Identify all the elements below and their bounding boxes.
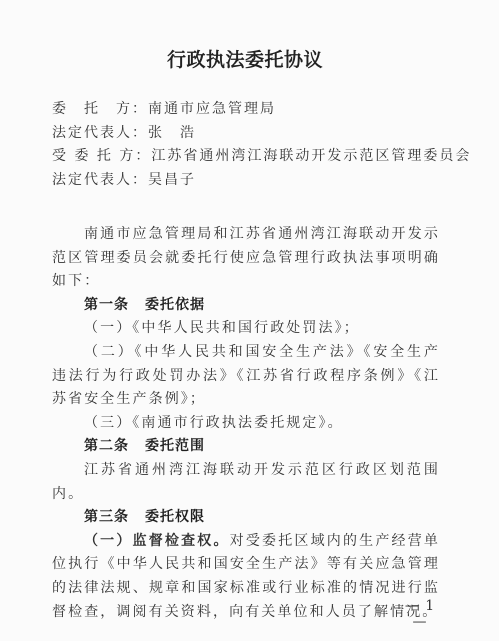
party-label: 法定代表人： — [52, 169, 148, 193]
item-lead: （一）监督检查权。 — [84, 533, 230, 549]
party-label: 委 托 方： — [52, 98, 148, 122]
party-value: 江苏省通州湾江海联动开发示范区管理委员会 — [151, 148, 471, 164]
party-label: 受 委 托 方： — [52, 145, 151, 169]
party-value: 吴昌子 — [148, 172, 196, 188]
article-3-heading: 第三条委托权限 — [52, 506, 440, 530]
document-title: 行政执法委托协议 — [0, 45, 490, 72]
article-number: 第三条 — [84, 509, 129, 525]
intro-paragraph: 南通市应急管理局和江苏省通州湾江海联动开发示范区管理委员会就委托行使应急管理行政… — [52, 223, 440, 294]
party-row-legal-representative: 法定代表人：张 浩 — [52, 122, 452, 146]
article-2-item-1: 江苏省通州湾江海联动开发示范区行政区划范围内。 — [52, 459, 440, 506]
article-title: 委托依据 — [145, 297, 205, 313]
parties-block: 委 托 方：南通市应急管理局 法定代表人：张 浩 受 委 托 方：江苏省通州湾江… — [52, 98, 452, 192]
article-3-item-1: （一）监督检查权。对受委托区域内的生产经营单位执行《中华人民共和国安全生产法》等… — [52, 530, 440, 624]
article-2-heading: 第二条委托范围 — [52, 435, 440, 459]
party-row-entrusted-party: 受 委 托 方：江苏省通州湾江海联动开发示范区管理委员会 — [52, 145, 452, 169]
party-value: 南通市应急管理局 — [148, 101, 276, 117]
agreement-body: 南通市应急管理局和江苏省通州湾江海联动开发示范区管理委员会就委托行使应急管理行政… — [52, 223, 440, 624]
article-1-heading: 第一条委托依据 — [52, 294, 440, 318]
article-1-item-2: （二）《中华人民共和国安全生产法》《安全生产违法行为行政处罚办法》《江苏省行政程… — [52, 341, 440, 412]
article-title: 委托范围 — [145, 438, 205, 454]
article-1-item-1: （一）《中华人民共和国行政处罚法》； — [52, 317, 440, 341]
party-row-entrusting-party: 委 托 方：南通市应急管理局 — [52, 98, 452, 122]
party-row-legal-representative-2: 法定代表人：吴昌子 — [52, 169, 452, 193]
article-number: 第二条 — [84, 438, 129, 454]
article-title: 委托权限 — [145, 509, 205, 525]
party-value: 张 浩 — [148, 125, 196, 141]
party-label: 法定代表人： — [52, 122, 148, 146]
article-1-item-3: （三）《南通市行政执法委托规定》。 — [52, 412, 440, 436]
page-number: — 1 — — [395, 598, 445, 630]
article-number: 第一条 — [84, 297, 129, 313]
